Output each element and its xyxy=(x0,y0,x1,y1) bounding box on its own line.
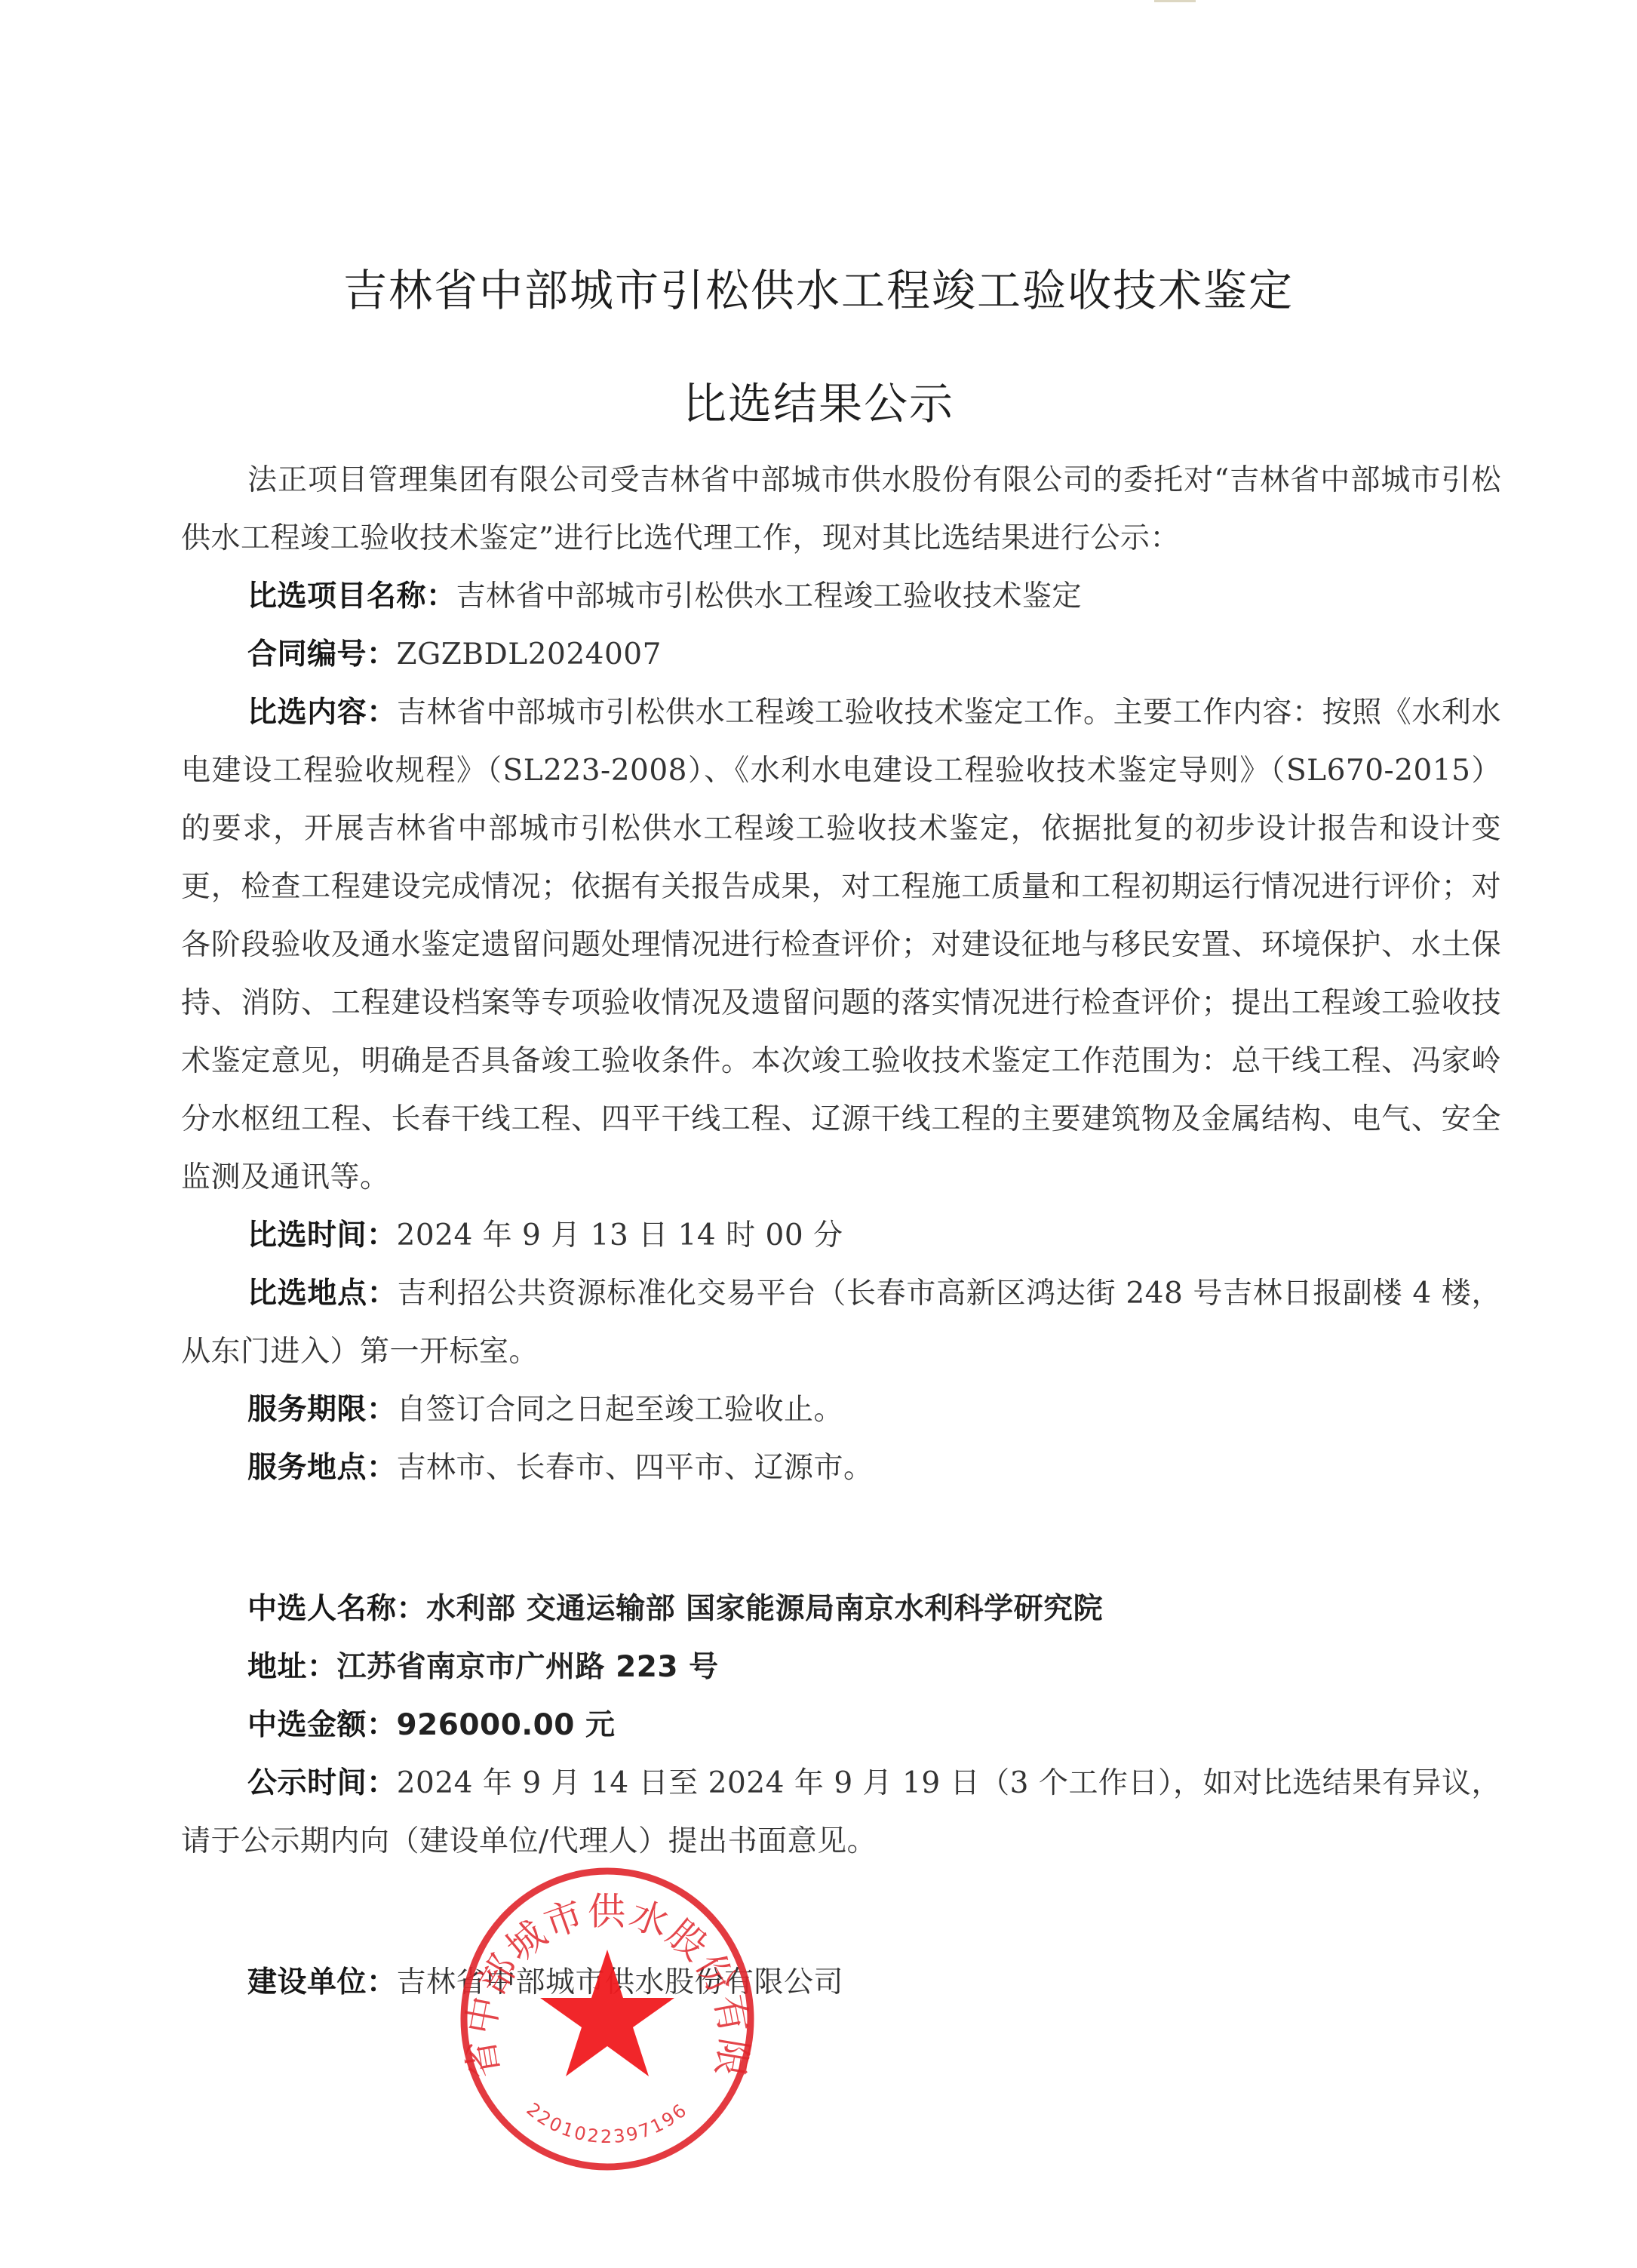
scan-artifact xyxy=(1154,0,1196,2)
field-value: 自签订合同之日起至竣工验收止。 xyxy=(397,1393,844,1427)
document-title: 吉林省中部城市引松供水工程竣工验收技术鉴定 xyxy=(0,255,1637,318)
field-value: 吉林省中部城市引松供水工程竣工验收技术鉴定 xyxy=(456,579,1083,613)
field-label: 服务期限： xyxy=(247,1393,397,1427)
document-page: 吉林省中部城市引松供水工程竣工验收技术鉴定 比选结果公示 法正项目管理集团有限公… xyxy=(0,0,1637,2268)
winner-name: 中选人名称：水利部 交通运输部 国家能源局南京水利科学研究院 xyxy=(181,1580,1501,1638)
field-label: 合同编号： xyxy=(247,638,397,671)
field-label: 比选地点： xyxy=(247,1277,398,1311)
spacer xyxy=(181,1870,1501,1953)
field-label: 公示时间： xyxy=(247,1766,397,1800)
field-label: 建设单位： xyxy=(247,1965,397,1999)
field-project-name: 比选项目名称：吉林省中部城市引松供水工程竣工验收技术鉴定 xyxy=(181,567,1501,625)
field-selection-time: 比选时间：2024 年 9 月 13 日 14 时 00 分 xyxy=(181,1206,1501,1265)
field-contract-no: 合同编号：ZGZBDL2024007 xyxy=(181,625,1501,684)
field-label: 地址： xyxy=(247,1650,337,1684)
spacer xyxy=(181,1497,1501,1580)
field-label: 服务地点： xyxy=(247,1451,397,1485)
field-value: ZGZBDL2024007 xyxy=(397,638,662,671)
field-value: 水利部 交通运输部 国家能源局南京水利科学研究院 xyxy=(426,1592,1103,1626)
owner-unit: 建设单位：吉林省中部城市供水股份有限公司 xyxy=(181,1953,1501,2011)
seal-number: 2201022397196 xyxy=(523,2099,693,2147)
document-subtitle: 比选结果公示 xyxy=(0,368,1637,432)
field-selection-place: 比选地点：吉利招公共资源标准化交易平台（长春市高新区鸿达街 248 号吉林日报副… xyxy=(181,1265,1501,1381)
field-label: 比选内容： xyxy=(247,696,397,730)
svg-text:2201022397196: 2201022397196 xyxy=(523,2099,693,2147)
intro-paragraph: 法正项目管理集团有限公司受吉林省中部城市供水股份有限公司的委托对“吉林省中部城市… xyxy=(181,451,1501,567)
field-label: 比选项目名称： xyxy=(247,579,456,613)
field-label: 中选金额： xyxy=(247,1708,397,1742)
field-value: 江苏省南京市广州路 223 号 xyxy=(337,1650,719,1684)
field-value: 926000.00 元 xyxy=(397,1708,616,1742)
field-value: 吉林省中部城市供水股份有限公司 xyxy=(397,1965,844,1999)
field-value: 吉林省中部城市引松供水工程竣工验收技术鉴定工作。主要工作内容：按照《水利水电建设… xyxy=(181,696,1501,1194)
publicity-period: 公示时间：2024 年 9 月 14 日至 2024 年 9 月 19 日（3 … xyxy=(181,1754,1501,1870)
winner-address: 地址：江苏省南京市广州路 223 号 xyxy=(181,1638,1501,1696)
field-label: 比选时间： xyxy=(247,1219,397,1252)
field-service-location: 服务地点：吉林市、长春市、四平市、辽源市。 xyxy=(181,1439,1501,1497)
field-service-period: 服务期限：自签订合同之日起至竣工验收止。 xyxy=(181,1381,1501,1439)
field-content: 比选内容：吉林省中部城市引松供水工程竣工验收技术鉴定工作。主要工作内容：按照《水… xyxy=(181,684,1501,1206)
field-value: 吉林市、长春市、四平市、辽源市。 xyxy=(397,1451,874,1485)
winner-amount: 中选金额：926000.00 元 xyxy=(181,1696,1501,1754)
field-value: 2024 年 9 月 13 日 14 时 00 分 xyxy=(397,1219,843,1252)
field-label: 中选人名称： xyxy=(247,1592,426,1626)
document-body: 法正项目管理集团有限公司受吉林省中部城市供水股份有限公司的委托对“吉林省中部城市… xyxy=(181,451,1501,2011)
